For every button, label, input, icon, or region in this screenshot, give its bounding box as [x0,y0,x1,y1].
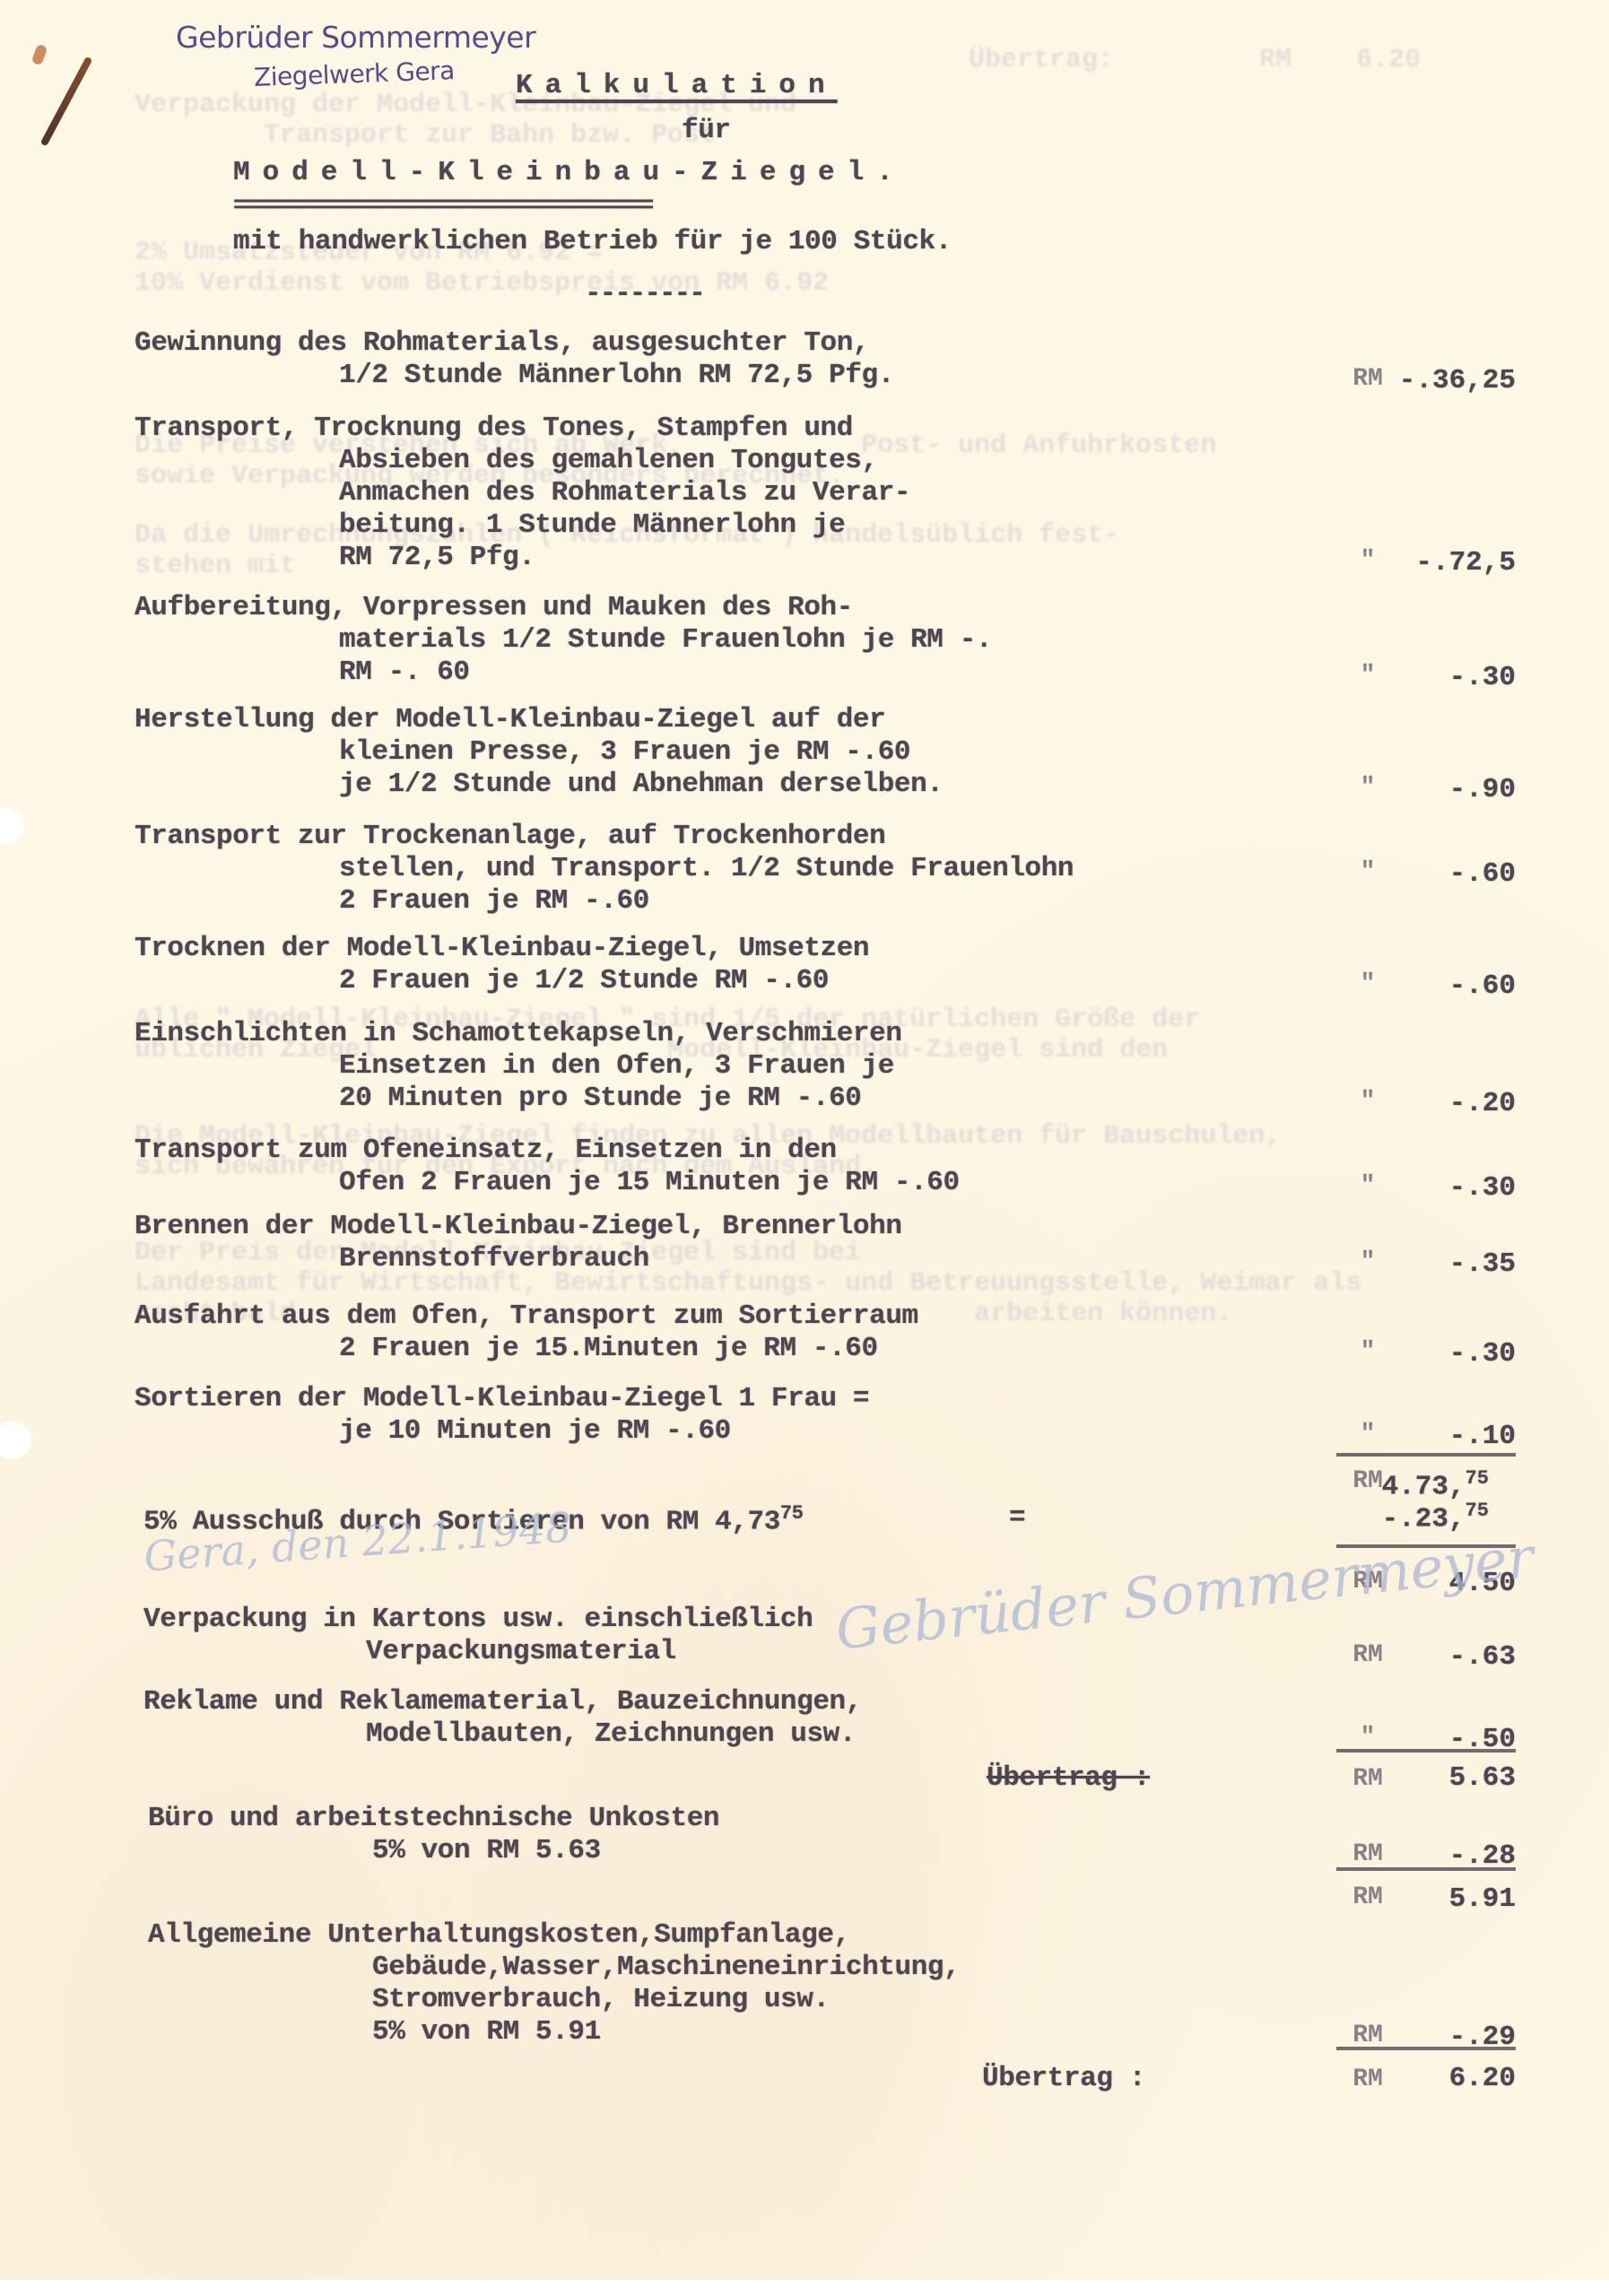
item-description-cont: Ofen 2 Frauen je 15 Minuten je RM -.60 [339,1167,960,1198]
item-amount: -.30 [1336,662,1516,693]
item-amount: -.20 [1336,1088,1516,1119]
item-amount: -.36,25 [1336,365,1516,396]
waste-amount: -.23,75 [1309,1500,1489,1535]
carry-label: Übertrag : [987,1762,1150,1794]
item-description-cont: je 1/2 Stunde und Abnehman derselben. [339,769,944,800]
item-description-cont: Modellbauten, Zeichnungen usw. [366,1718,856,1750]
item-amount: -.60 [1336,970,1516,1002]
item-amount: -.60 [1336,858,1516,890]
item-description-cont: 2 Frauen je 1/2 Stunde RM -.60 [339,965,829,996]
item-description-cont: Gebäude,Wasser,Maschineneinrichtung, [372,1952,960,1983]
company-stamp-location: Ziegelwerk Gera [253,56,455,92]
item-description-cont: Verpackungsmaterial [366,1636,676,1667]
item-description-cont: 20 Minuten pro Stunde je RM -.60 [339,1083,862,1114]
subtotal-amount: 5.91 [1336,1883,1516,1915]
punch-hole [0,807,25,845]
item-amount: -.10 [1336,1421,1516,1452]
item-description: Trocknen der Modell-Kleinbau-Ziegel, Ums… [135,933,869,964]
item-amount: -.90 [1336,774,1516,805]
subtotal-amount: 4.73,75 [1309,1467,1489,1502]
sum-rule [1336,1453,1516,1457]
item-description-cont: stellen, und Transport. 1/2 Stunde Fraue… [339,853,1074,884]
item-amount: -.63 [1336,1641,1516,1673]
carry-amount: 6.20 [1336,2063,1516,2094]
item-amount: -.30 [1336,1172,1516,1204]
item-description: Reklame und Reklamematerial, Bauzeichnun… [144,1686,862,1718]
rust-mark [31,44,48,66]
company-stamp-name: Gebrüder Sommermeyer [176,20,535,55]
sum-rule [1336,1867,1516,1871]
item-description-cont: 1/2 Stunde Männerlohn RM 72,5 Pfg. [339,360,894,391]
item-description: Sortieren der Modell-Kleinbau-Ziegel 1 F… [135,1383,869,1414]
item-description: Brennen der Modell-Kleinbau-Ziegel, Bren… [135,1211,902,1242]
item-description-cont: Einsetzen in den Ofen, 3 Frauen je [339,1050,894,1082]
item-description-cont: 2 Frauen je 15.Minuten je RM -.60 [339,1333,878,1364]
item-amount: -.35 [1336,1248,1516,1280]
item-description: Transport zur Trockenanlage, auf Trocken… [135,821,885,852]
item-description-cont: kleinen Presse, 3 Frauen je RM -.60 [339,736,910,768]
title-for: für [682,115,731,146]
item-description: Aufbereitung, Vorpressen und Mauken des … [135,592,853,623]
double-rule: ===================================== [233,192,651,219]
item-description-cont: je 10 Minuten je RM -.60 [339,1415,731,1447]
item-description-cont: Brennstoffverbrauch [339,1243,649,1274]
item-description-cont: beitung. 1 Stunde Männerlohn je [339,509,845,541]
item-description: Verpackung in Kartons usw. einschließlic… [144,1604,813,1635]
carry-label: Übertrag : [982,2063,1145,2094]
separator: -------- [585,278,704,309]
item-amount: -.30 [1336,1338,1516,1370]
document-title: Kalkulation [516,70,838,101]
item-description-cont: materials 1/2 Stunde Frauenlohn je RM -. [339,624,992,656]
item-description: Transport, Trocknung des Tones, Stampfen… [135,413,853,444]
item-description-cont: RM -. 60 [339,657,470,688]
document-subject: Modell-Kleinbau-Ziegel. [233,157,906,188]
item-description: Herstellung der Modell-Kleinbau-Ziegel a… [135,704,885,735]
item-description-cont: 5% von RM 5.63 [372,1835,601,1866]
item-description-cont: Stromverbrauch, Heizung usw. [372,1984,830,2015]
item-description-cont: Absieben des gemahlenen Tongutes, [339,445,878,476]
item-description-cont: RM 72,5 Pfg. [339,542,535,573]
item-description: Transport zum Ofeneinsatz, Einsetzen in … [135,1135,837,1166]
equals-sign: = [1009,1502,1025,1534]
item-description-cont: 2 Frauen je RM -.60 [339,885,649,917]
carry-amount: 5.63 [1336,1762,1516,1794]
sum-rule [1336,2047,1516,2050]
item-description-cont: 5% von RM 5.91 [372,2016,601,2048]
item-description: Büro und arbeitstechnische Unkosten [148,1803,719,1834]
item-description-cont: Anmachen des Rohmaterials zu Verar- [339,477,910,509]
item-description: Gewinnung des Rohmaterials, ausgesuchter… [135,327,869,359]
document-page: Übertrag: RM 6.20 Verpackung der Modell-… [0,0,1609,2280]
show-through-text: Übertrag: RM 6.20 [969,45,1421,75]
sum-rule [1336,1749,1516,1752]
staple [40,57,93,147]
item-amount: -.72,5 [1336,547,1516,578]
punch-hole [0,1422,32,1459]
item-description: Ausfahrt aus dem Ofen, Transport zum Sor… [135,1300,918,1332]
document-subtitle: mit handwerklichen Betrieb für je 100 St… [233,226,952,257]
item-description: Allgemeine Unterhaltungskosten,Sumpfanla… [148,1919,850,1951]
item-description: Einschlichten in Schamottekapseln, Versc… [135,1018,902,1049]
